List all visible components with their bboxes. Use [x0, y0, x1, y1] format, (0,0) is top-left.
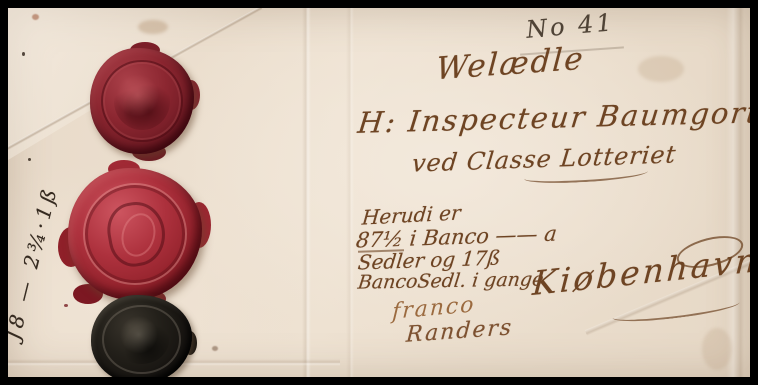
- postal-note-line: BancoSedl. i gange: [357, 268, 545, 293]
- red-wax-seal-top: [90, 48, 194, 154]
- red-wax-seal-middle: [68, 168, 202, 300]
- rust-speck: [32, 14, 39, 20]
- edge-inscription: J8 — 2¾·1ß: [8, 183, 62, 342]
- ink-speck: [28, 158, 31, 161]
- paper-edge-fold: [726, 8, 744, 377]
- seal-emboss: [114, 315, 169, 363]
- number-annotation: No 41: [525, 8, 616, 44]
- flourish-swash: [612, 294, 741, 325]
- age-stain: [702, 328, 732, 370]
- addressee-line1: H: Inspecteur Baumgorthe: [356, 94, 750, 140]
- wax-speck: [64, 304, 68, 307]
- vertical-fold-line: [302, 8, 311, 377]
- ink-speck: [212, 346, 218, 351]
- age-stain: [138, 20, 168, 34]
- salutation-text: Welædle: [435, 41, 586, 88]
- age-stain: [638, 56, 684, 82]
- seal-emboss: [114, 72, 170, 129]
- vertical-fold-line-2: [346, 8, 354, 377]
- ink-speck: [22, 52, 25, 56]
- black-wax-seal: [91, 295, 192, 377]
- envelope-photo: No 41 Welædle H: Inspecteur Baumgorthe v…: [0, 0, 758, 385]
- envelope-paper: No 41 Welædle H: Inspecteur Baumgorthe v…: [8, 8, 750, 377]
